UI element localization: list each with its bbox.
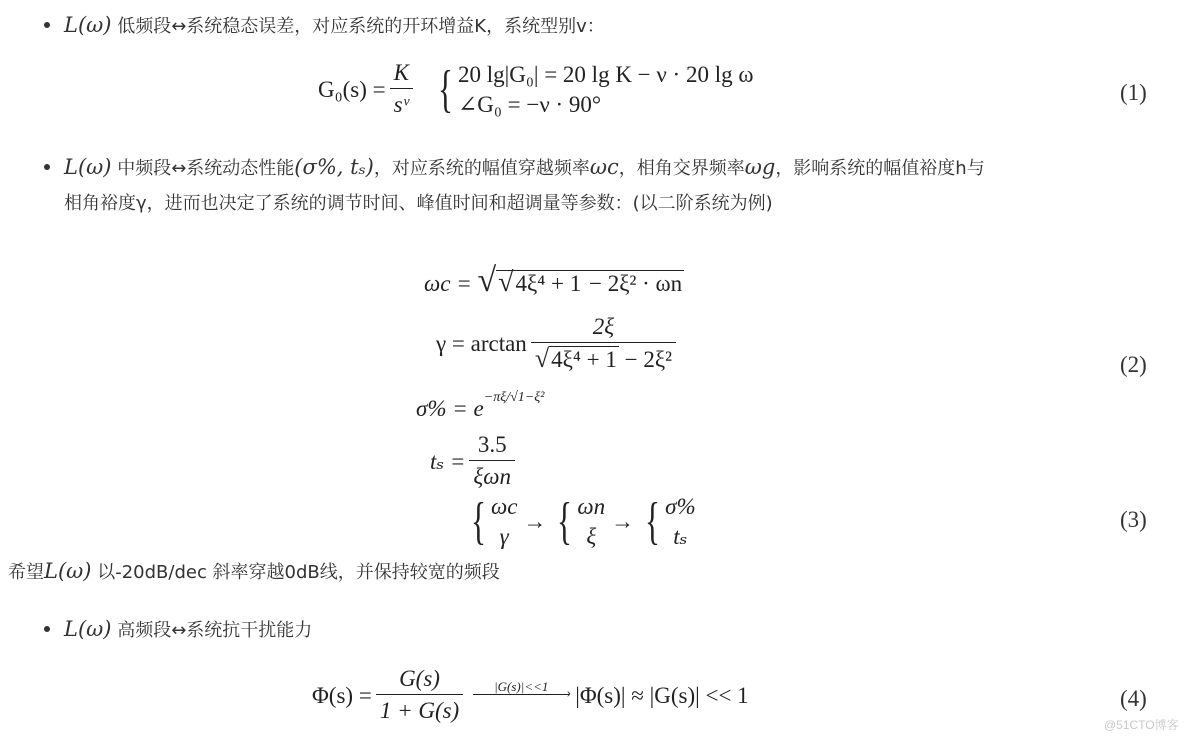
eq1-fraction: K sᵛ (390, 58, 413, 121)
equation-number-4: (4) (1120, 686, 1147, 712)
math-L-omega: L(ω) (44, 559, 91, 583)
hope-prefix: 希望 (8, 562, 44, 583)
eq2-ts: tₛ = 3.5 ξωn (430, 430, 519, 493)
mid-frequency-text-a: 中频段↔系统动态性能 (117, 158, 294, 179)
math-L-omega: L(ω) (64, 617, 111, 641)
eq4-numerator: G(s) (395, 664, 444, 694)
math-omega-g: ωg (745, 155, 776, 179)
equation-number-2: (2) (1120, 352, 1147, 378)
eq2-ts-lhs: tₛ = (430, 449, 465, 475)
eq3-group-2: ωn ξ (577, 492, 605, 552)
eq2-sigma-base: e (474, 396, 484, 421)
low-frequency-text: 低频段↔系统稳态误差，对应系统的开环增益K，系统型别v： (117, 16, 605, 37)
arrow-icon: → (523, 509, 546, 535)
bullet-mid-frequency: L(ω) 中频段↔系统动态性能(σ%, tₛ)，对应系统的幅值穿越频率ωc，相角… (44, 154, 985, 182)
eq1-case-magnitude: 20 lg|G₀| = 20 lg K − ν · 20 lg ω (458, 60, 754, 90)
long-arrow-icon: › (473, 694, 569, 695)
left-brace: { (471, 496, 486, 548)
eq4-conditional-arrow: |G(s)|<<1 › (473, 680, 569, 695)
eq2-gamma: γ = arctan 2ξ √4ξ⁴ + 1 − 2ξ² (436, 312, 680, 376)
eq2-wc-rest: − 2ξ² · ωn (589, 271, 682, 296)
bullet-dot (44, 626, 50, 632)
eq2-wc-lhs: ωc = (424, 271, 472, 296)
mid-frequency-line2: 相角裕度γ，进而也决定了系统的调节时间、峰值时间和超调量等参数：(以二阶系统为例… (64, 191, 773, 217)
eq2-gamma-numerator: 2ξ (589, 312, 618, 342)
eq2-sigma-lhs: σ% = (416, 396, 468, 421)
mid-frequency-text-d: ，影响系统的幅值裕度h与 (775, 158, 984, 179)
math-omega-c: ωc (590, 155, 619, 179)
eq2-gamma-fraction: 2ξ √4ξ⁴ + 1 − 2ξ² (531, 312, 676, 376)
eq4-lhs: Φ(s) = (312, 683, 372, 709)
eq1-cases: 20 lg|G₀| = 20 lg K − ν · 20 lg ω ∠G₀ = … (458, 60, 754, 120)
eq4-denominator: 1 + G(s) (376, 694, 463, 727)
math-sigma-ts: (σ%, tₛ) (294, 155, 374, 179)
eq3-group-3: σ% tₛ (665, 492, 696, 552)
eq2-wc-inner-root: 4ξ⁴ + 1 (514, 270, 584, 296)
left-brace: { (557, 496, 572, 548)
left-brace: { (438, 64, 453, 116)
equation-1: G₀(s) = K sᵛ { 20 lg|G₀| = 20 lg K − ν ·… (318, 58, 754, 121)
hope-statement: 希望L(ω) 以-20dB/dec 斜率穿越0dB线，并保持较宽的频段 (8, 558, 500, 586)
left-brace: { (645, 496, 660, 548)
eq2-sigma-exponent: −πξ/√1−ξ² (484, 390, 545, 405)
mid-frequency-text-c: ，相角交界频率 (619, 158, 745, 179)
equation-number-3: (3) (1120, 507, 1147, 533)
eq2-gamma-lhs: γ = arctan (436, 331, 527, 357)
arrow-icon: → (611, 509, 634, 535)
eq1-numerator: K (390, 58, 413, 88)
eq2-ts-numerator: 3.5 (474, 430, 511, 460)
eq3-group-1: ωc γ (491, 492, 517, 552)
equation-4: Φ(s) = G(s) 1 + G(s) |G(s)|<<1 › |Φ(s)| … (312, 664, 749, 727)
eq2-ts-fraction: 3.5 ξωn (469, 430, 515, 493)
eq1-denominator: sᵛ (390, 88, 413, 121)
watermark: @51CTO博客 (1104, 716, 1179, 733)
eq2-ts-denominator: ξωn (469, 460, 515, 493)
math-L-omega: L(ω) (64, 13, 111, 37)
eq2-gamma-denominator: √4ξ⁴ + 1 − 2ξ² (531, 342, 676, 376)
eq4-arrow-label: |G(s)|<<1 (494, 680, 548, 694)
eq4-fraction: G(s) 1 + G(s) (376, 664, 463, 727)
hope-text: 以-20dB/dec 斜率穿越0dB线，并保持较宽的频段 (97, 562, 500, 583)
bullet-dot (44, 22, 50, 28)
eq2-sigma: σ% = e−πξ/√1−ξ² (416, 396, 544, 422)
bullet-dot (44, 164, 50, 170)
eq2-omega-c: ωc = √√4ξ⁴ + 1 − 2ξ² · ωn (424, 262, 684, 300)
eq1-lhs: G₀(s) = (318, 77, 386, 103)
equation-3: { ωc γ → { ωn ξ → { σ% tₛ (466, 492, 696, 552)
eq2-wc-outer-root: √4ξ⁴ + 1 − 2ξ² · ωn (496, 270, 684, 296)
equation-number-1: (1) (1120, 80, 1147, 106)
math-L-omega: L(ω) (64, 155, 111, 179)
mid-frequency-text-b: ，对应系统的幅值穿越频率 (374, 158, 590, 179)
eq1-case-phase: ∠G₀ = −ν · 90° (458, 90, 754, 120)
high-frequency-text: 高频段↔系统抗干扰能力 (117, 620, 312, 641)
bullet-low-frequency: L(ω) 低频段↔系统稳态误差，对应系统的开环增益K，系统型别v： (44, 12, 605, 40)
eq4-rhs: |Φ(s)| ≈ |G(s)| << 1 (575, 683, 748, 709)
bullet-high-frequency: L(ω) 高频段↔系统抗干扰能力 (44, 616, 312, 644)
